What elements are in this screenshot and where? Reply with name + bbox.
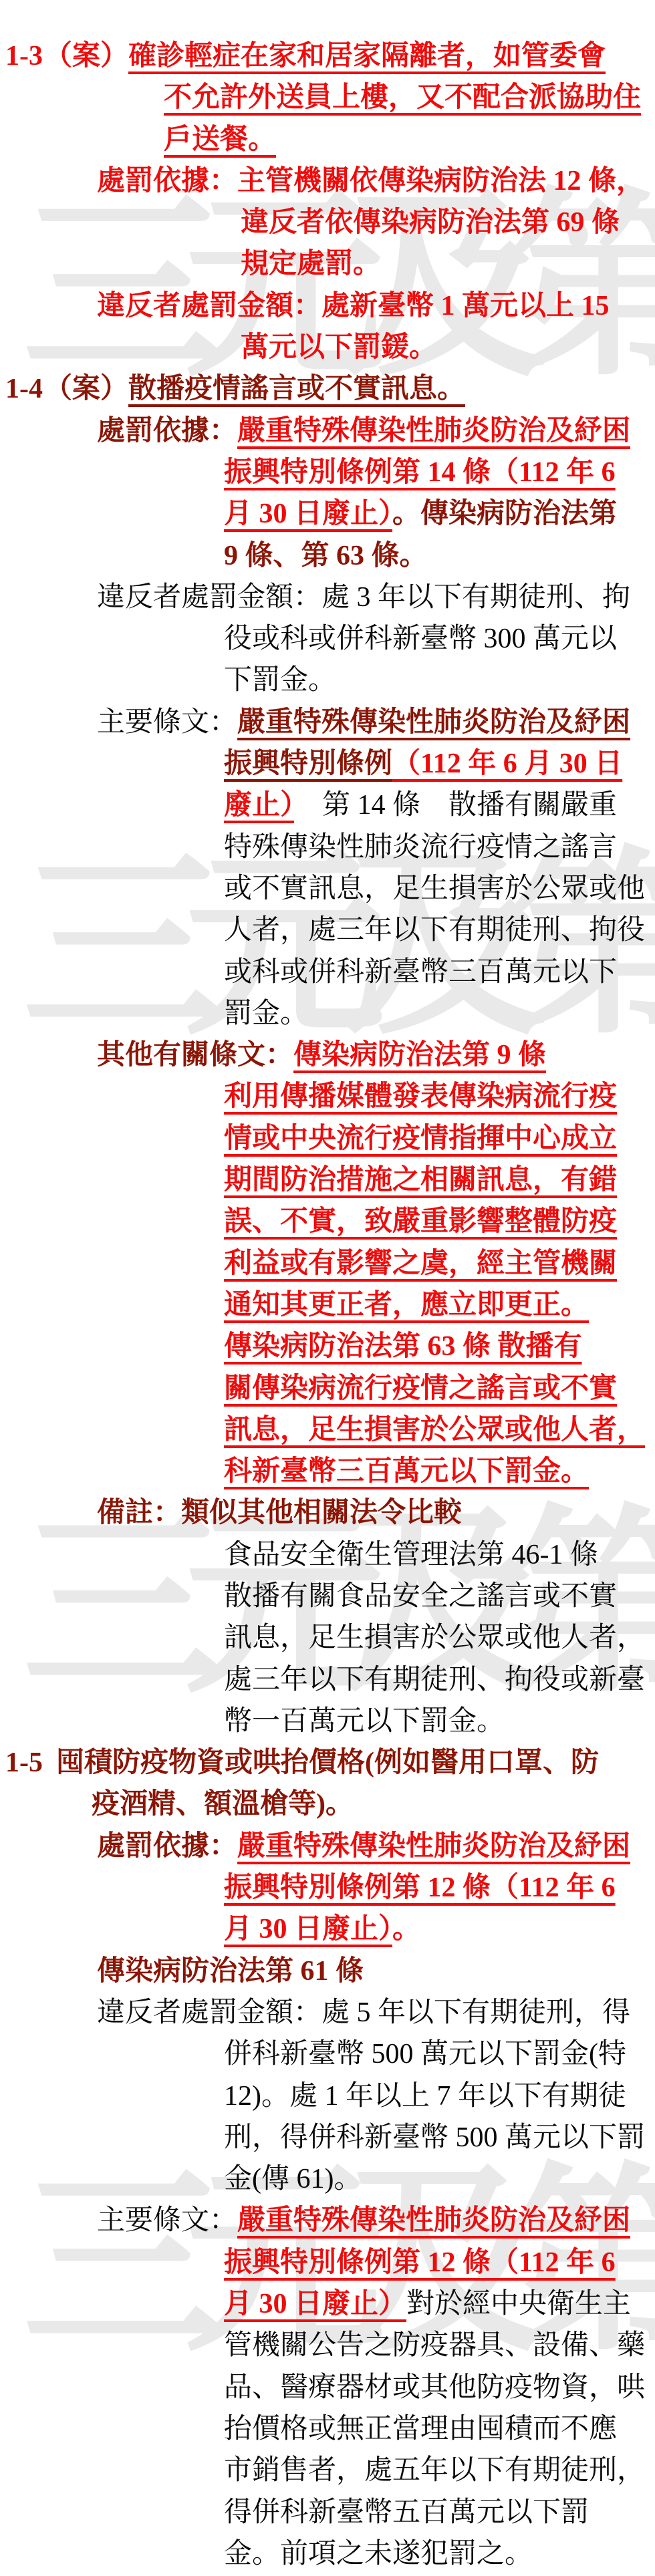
- main-article-line: 月 30 日廢止）對於經中央衛生主: [0, 2283, 655, 2325]
- field-label: 其他有關條文：: [97, 1040, 293, 1070]
- penalty-basis-line: 9 條、第 63 條。: [0, 535, 655, 577]
- other-articles-line: 其他有關條文：傳染病防治法第 9 條: [0, 1034, 655, 1076]
- related-law-line: 傳染病防治法第 61 條: [0, 1951, 655, 1992]
- penalty-basis-line: 振興特別條例第 12 條（112 年 6: [0, 1867, 655, 1908]
- main-article-line: 品、醫療器材或其他防疫物資，哄: [0, 2367, 655, 2408]
- penalty-basis-line: 月 30 日廢止）。: [0, 1908, 655, 1950]
- other-articles-line: 訊息，足生損害於公眾或他人者，: [0, 1409, 655, 1451]
- main-article-line: 罰金。: [0, 993, 655, 1034]
- other-articles-line: 關傳染病流行疫情之謠言或不實: [0, 1368, 655, 1409]
- main-article-line: 廢止） 第 14 條 散播有關嚴重: [0, 784, 655, 826]
- main-article-line: 振興特別條例（112 年 6 月 30 日: [0, 743, 655, 784]
- fine-amount-line: 刑，得併科新臺幣 500 萬元以下罰: [0, 2117, 655, 2158]
- field-label: 主要條文：: [97, 707, 237, 738]
- remark-line: 訊息，足生損害於公眾或他人者，: [0, 1617, 655, 1659]
- fine-amount-line: 違反者處罰金額：處新臺幣 1 萬元以上 15: [0, 285, 655, 327]
- other-articles-line: 期間防治措施之相關訊息，有錯: [0, 1159, 655, 1201]
- main-article-line: 市銷售者，處五年以下有期徒刑，: [0, 2450, 655, 2491]
- field-label: 處罰依據：: [97, 416, 237, 446]
- main-article-line: 主要條文：嚴重特殊傳染性肺炎防治及紓困: [0, 702, 655, 743]
- field-label: 處罰依據：: [97, 1831, 237, 1862]
- fine-amount-line: 12)。處 1 年以上 7 年以下有期徒: [0, 2076, 655, 2117]
- case-number: 1-4: [5, 374, 43, 404]
- other-articles-line: 通知其更正者，應立即更正。: [0, 1284, 655, 1326]
- remark-line: 處三年以下有期徒刑、拘役或新臺: [0, 1659, 655, 1701]
- case-title: 確診輕症在家和居家隔離者，如管委會: [128, 41, 606, 71]
- main-article-line: 或不實訊息，足生損害於公眾或他: [0, 868, 655, 909]
- main-article-line: 金。前項之未遂犯罰之。: [0, 2533, 655, 2575]
- case-1-3-section: 1-3（案）確診輕症在家和居家隔離者，如管委會 不允許外送員上樓，又不配合派協助…: [0, 35, 655, 368]
- case-title-line: 戶送餐。: [0, 119, 655, 160]
- document-page: 三元及第 三元及第 三元及第 三元及第 1-3（案）確診輕症在家和居家隔離者，如…: [0, 0, 655, 2576]
- fine-amount-line: 役或科或併科新臺幣 300 萬元以: [0, 618, 655, 660]
- penalty-basis-line: 處罰依據：嚴重特殊傳染性肺炎防治及紓困: [0, 410, 655, 452]
- other-articles-line: 科新臺幣三百萬元以下罰金。: [0, 1451, 655, 1492]
- penalty-basis-line: 振興特別條例第 14 條（112 年 6: [0, 452, 655, 493]
- case-1-4-section: 1-4（案）散播疫情謠言或不實訊息。 處罰依據：嚴重特殊傳染性肺炎防治及紓困 振…: [0, 368, 655, 1742]
- main-article-line: 管機關公告之防疫器具、設備、藥: [0, 2325, 655, 2366]
- other-articles-line: 利用傳播媒體發表傳染病流行疫: [0, 1076, 655, 1117]
- main-article-line: 人者，處三年以下有期徒刑、拘役: [0, 909, 655, 951]
- other-articles-line: 情或中央流行疫情指揮中心成立: [0, 1118, 655, 1159]
- case-title-line: 疫酒精、額溫槍等)。: [0, 1783, 655, 1825]
- case-1-5-heading: 1-5囤積防疫物資或哄抬價格(例如醫用口罩、防: [0, 1742, 655, 1783]
- penalty-basis-line: 處罰依據：嚴重特殊傳染性肺炎防治及紓困: [0, 1826, 655, 1867]
- remark-line: 散播有關食品安全之謠言或不實: [0, 1576, 655, 1617]
- fine-amount-line: 違反者處罰金額：處 3 年以下有期徒刑、拘: [0, 577, 655, 618]
- main-article-line: 主要條文：嚴重特殊傳染性肺炎防治及紓困: [0, 2200, 655, 2241]
- case-title: 囤積防疫物資或哄抬價格(例如醫用口罩、防: [56, 1747, 599, 1778]
- penalty-basis-line: 違反者依傳染病防治法第 69 條: [0, 202, 655, 243]
- fine-amount-line: 萬元以下罰鍰。: [0, 327, 655, 368]
- fine-amount-line: 下罰金。: [0, 660, 655, 701]
- other-articles-line: 傳染病防治法第 63 條 散播有: [0, 1326, 655, 1367]
- main-article-line: 特殊傳染性肺炎流行疫情之謠言: [0, 827, 655, 868]
- fine-amount-line: 金(傳 61)。: [0, 2158, 655, 2200]
- penalty-basis-line: 月 30 日廢止）。傳染病防治法第: [0, 493, 655, 535]
- fine-amount-line: 違反者處罰金額：處 5 年以下有期徒刑，得: [0, 1992, 655, 2033]
- case-title-line: 不允許外送員上樓，又不配合派協助住: [0, 77, 655, 118]
- case-1-3-heading: 1-3（案）確診輕症在家和居家隔離者，如管委會: [0, 35, 655, 77]
- fine-amount-line: 併科新臺幣 500 萬元以下罰金(特: [0, 2033, 655, 2075]
- main-article-line: 抬價格或無正當理由囤積而不應: [0, 2408, 655, 2450]
- case-number: 1-3: [5, 41, 43, 71]
- case-1-4-heading: 1-4（案）散播疫情謠言或不實訊息。: [0, 368, 655, 410]
- penalty-basis-line: 處罰依據：主管機關依傳染病防治法 12 條，: [0, 160, 655, 202]
- case-title: 散播疫情謠言或不實訊息。: [128, 374, 465, 404]
- case-1-5-section: 1-5囤積防疫物資或哄抬價格(例如醫用口罩、防 疫酒精、額溫槍等)。 處罰依據：…: [0, 1742, 655, 2575]
- remark-line: 備註：類似其他相關法令比較: [0, 1492, 655, 1534]
- penalty-basis-line: 規定處罰。: [0, 243, 655, 285]
- main-article-line: 振興特別條例第 12 條（112 年 6: [0, 2242, 655, 2283]
- main-article-line: 得併科新臺幣五百萬元以下罰: [0, 2492, 655, 2533]
- other-articles-line: 誤、不實，致嚴重影響整體防疫: [0, 1201, 655, 1242]
- case-marker: （案）: [44, 374, 128, 404]
- case-marker: （案）: [44, 41, 128, 71]
- document-body: 1-3（案）確診輕症在家和居家隔離者，如管委會 不允許外送員上樓，又不配合派協助…: [0, 35, 655, 2575]
- remark-line: 食品安全衛生管理法第 46-1 條: [0, 1534, 655, 1576]
- field-label: 主要條文：: [97, 2205, 237, 2236]
- main-article-line: 或科或併科新臺幣三百萬元以下: [0, 952, 655, 993]
- remark-line: 幣一百萬元以下罰金。: [0, 1701, 655, 1742]
- case-number: 1-5: [5, 1747, 43, 1778]
- other-articles-line: 利益或有影響之虞，經主管機關: [0, 1243, 655, 1284]
